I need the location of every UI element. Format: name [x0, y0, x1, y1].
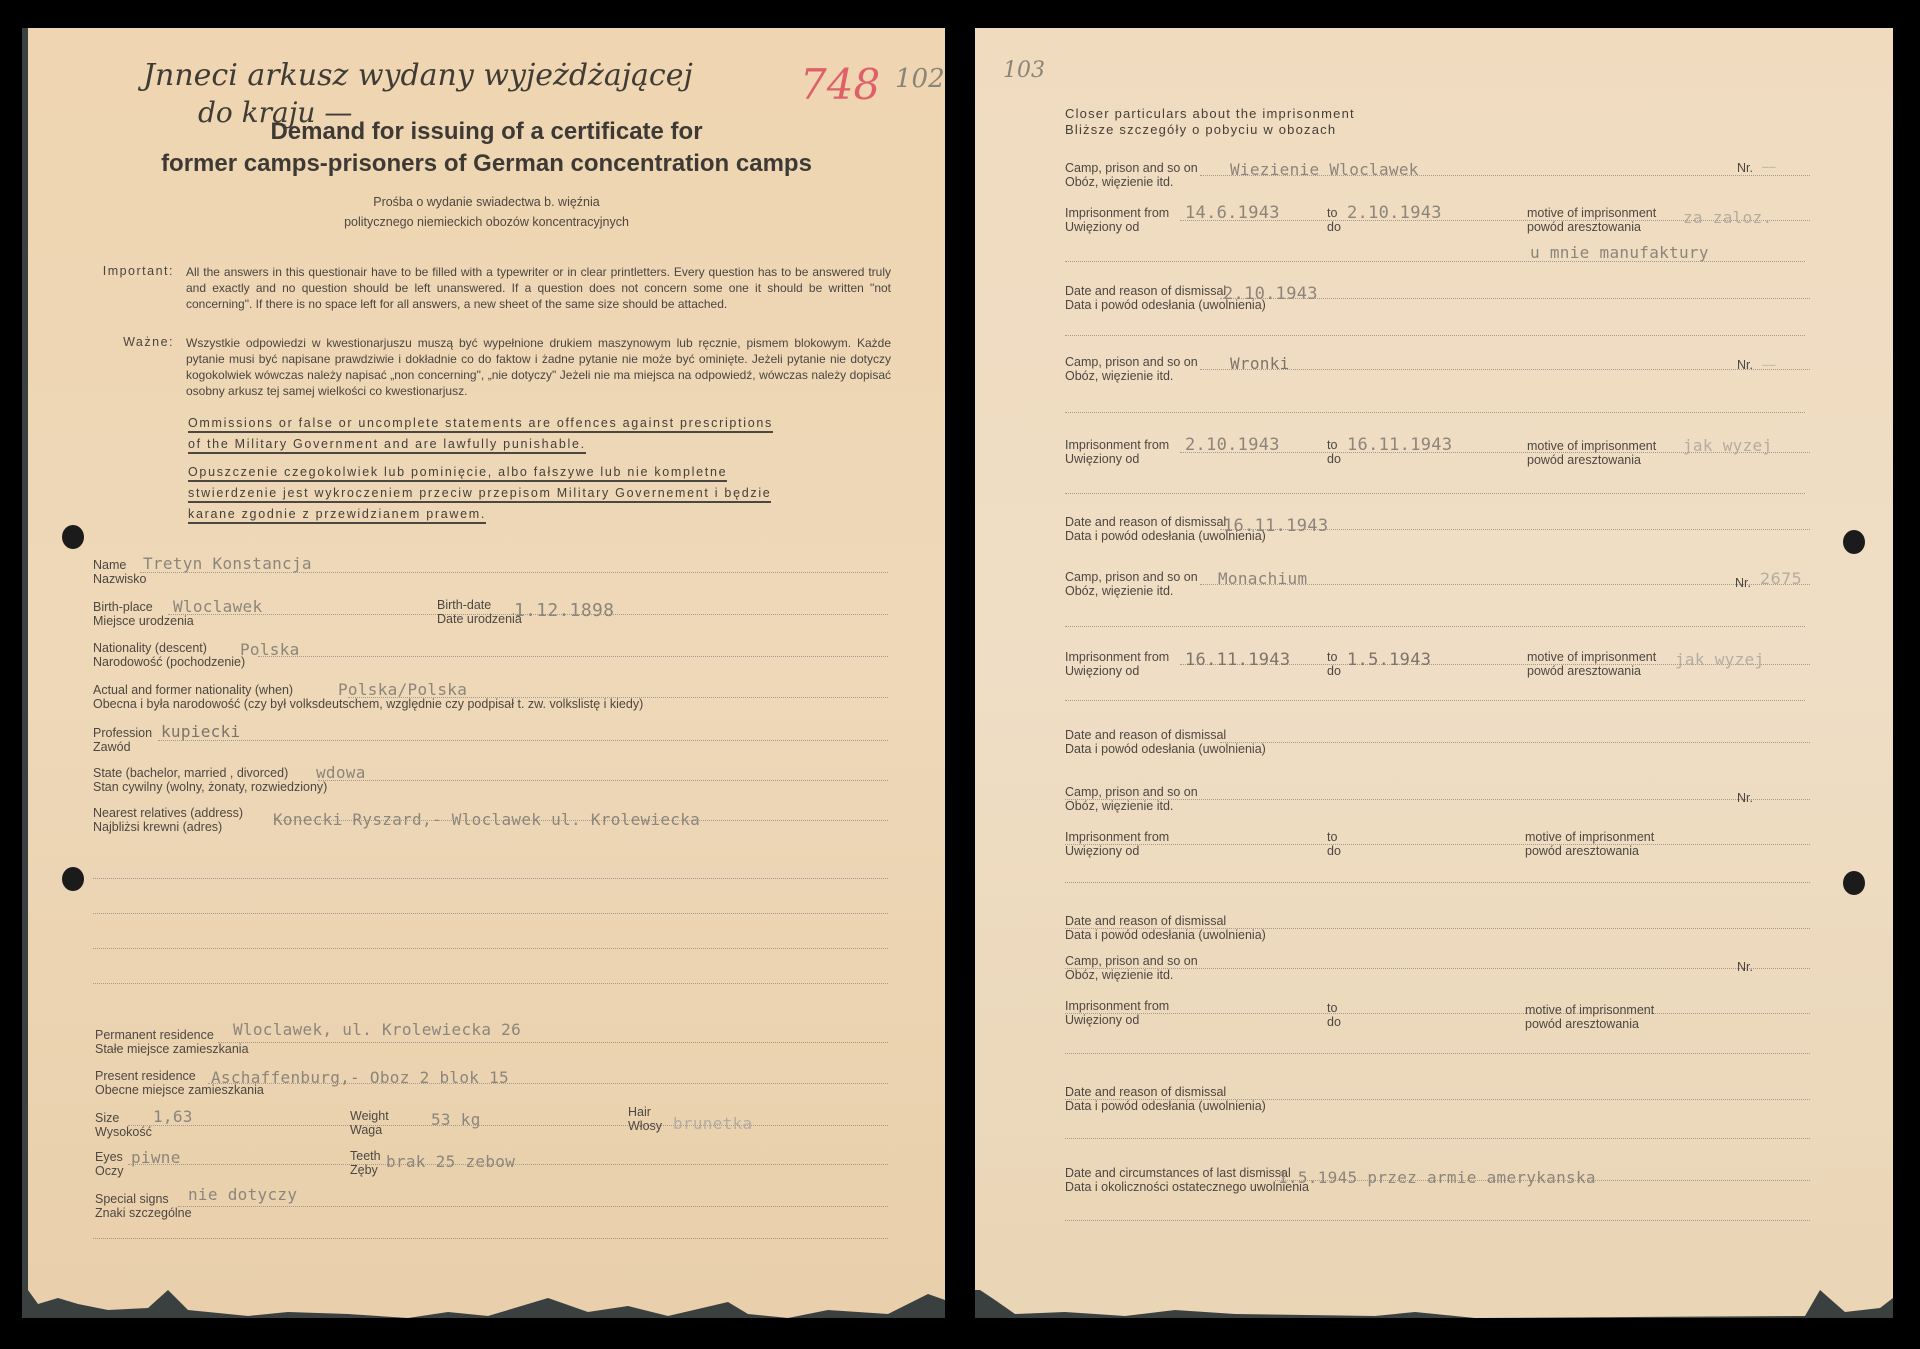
size-value[interactable]: 1,63 [153, 1107, 193, 1126]
entry-4-blank-line [1065, 882, 1810, 883]
nr-2-label: Nr. [1737, 358, 1753, 372]
to-3-label: to do [1327, 650, 1341, 678]
form-subtitle-line2: politycznego niemieckich obozów koncentr… [28, 215, 945, 229]
to-1-label: to do [1327, 206, 1341, 234]
warning-pl-line1: Opuszczenie czegokolwiek lub pominięcie,… [188, 465, 727, 482]
dismissal-5-blank-line [1065, 1138, 1810, 1139]
entry-2-blank-line [1065, 412, 1805, 413]
camp-3-value[interactable]: Monachium [1218, 569, 1307, 588]
nr-1-value[interactable]: —— [1762, 160, 1776, 173]
nationality-label: Nationality (descent) Narodowość (pochod… [93, 641, 245, 669]
wazne-label: Ważne: [94, 335, 174, 349]
weight-label: Weight Waga [350, 1109, 389, 1137]
teeth-value[interactable]: brak 25 zebow [386, 1152, 515, 1171]
dismissal-2-value[interactable]: 16.11.1943 [1223, 516, 1328, 536]
to-1-value[interactable]: 2.10.1943 [1347, 203, 1442, 223]
to-2-label: to do [1327, 438, 1341, 466]
camp-2-label: Camp, prison and so on Obóz, więzienie i… [1065, 355, 1198, 383]
dismissal-1-blank-line [1065, 335, 1805, 336]
camp-1-label: Camp, prison and so on Obóz, więzienie i… [1065, 161, 1198, 189]
birth-date-label: Birth-date Date urodzenia [437, 598, 522, 626]
nearest-relatives-value[interactable]: Konecki Ryszard,- Wloclawek ul. Krolewie… [273, 810, 700, 829]
camp-2-dotted-line [1200, 369, 1810, 370]
nearest-relatives-label: Nearest relatives (address) Najbliżsi kr… [93, 806, 243, 834]
left-page-document: Jnneci arkusz wydany wyjeżdżającej do kr… [28, 28, 945, 1318]
from-3-value[interactable]: 16.11.1943 [1185, 650, 1290, 670]
name-value[interactable]: Tretyn Konstancja [143, 554, 312, 573]
motive-1-value[interactable]: za zaloz. [1683, 208, 1772, 227]
permanent-residence-dotted-line [218, 1042, 888, 1043]
eyes-value[interactable]: piwne [131, 1148, 181, 1167]
nationality-value[interactable]: Polska [240, 640, 300, 659]
from-3-label: Imprisonment from Uwięziony od [1065, 650, 1169, 678]
birth-place-value[interactable]: Wloclawek [173, 597, 262, 616]
special-signs-dotted-line [178, 1206, 888, 1207]
from-4-dotted-line [1065, 844, 1810, 845]
nr-3-value[interactable]: 2675 [1760, 569, 1802, 588]
name-field-label: Name Nazwisko [93, 558, 147, 586]
important-label: Important: [94, 264, 174, 278]
to-3-value[interactable]: 1.5.1943 [1347, 650, 1431, 670]
torn-edge-left [28, 1290, 945, 1318]
warning-en-line2: of the Military Government and are lawfu… [188, 437, 586, 454]
form-title-line2: former camps-prisoners of German concent… [28, 150, 945, 178]
handwritten-note-line1: Jnneci arkusz wydany wyjeżdżającej [143, 58, 693, 93]
motive-2-label: motive of imprisonment powód aresztowani… [1527, 439, 1656, 467]
dismissal-4-dotted-line [1065, 928, 1810, 929]
warning-polish: Opuszczenie czegokolwiek lub pominięcie,… [188, 462, 888, 525]
special-signs-value[interactable]: nie dotyczy [188, 1185, 297, 1204]
nr-2-value[interactable]: —— [1762, 358, 1776, 371]
page-number: 102 [895, 64, 945, 94]
nr-5-label: Nr. [1737, 960, 1753, 974]
entry-3-blank-line [1065, 626, 1805, 627]
form-title-line1: Demand for issuing of a certificate for [28, 118, 945, 146]
motive-2-value[interactable]: jak wyzej [1683, 436, 1772, 455]
camp-2-value[interactable]: Wronki [1230, 354, 1290, 373]
to-5-label: to do [1327, 1001, 1341, 1029]
actual-former-nationality-value[interactable]: Polska/Polska [338, 680, 467, 699]
weight-value[interactable]: 53 kg [431, 1110, 481, 1129]
torn-edge-right [975, 1290, 1893, 1318]
hair-value[interactable]: brunetka [673, 1114, 752, 1133]
camp-4-dotted-line [1065, 799, 1810, 800]
nr-4-label: Nr. [1737, 791, 1753, 805]
blank-dotted-line-4 [93, 983, 888, 984]
nr-1-label: Nr. [1737, 161, 1753, 175]
camp-1-value[interactable]: Wiezienie Wloclawek [1230, 160, 1419, 179]
punch-hole-top [62, 525, 84, 549]
eyes-label: Eyes Oczy [95, 1150, 123, 1178]
profession-value[interactable]: kupiecki [161, 722, 240, 741]
warning-pl-line3: karane zgodnie z przewidzianem prawem. [188, 507, 486, 524]
nationality-dotted-line [258, 656, 888, 657]
to-2-value[interactable]: 16.11.1943 [1347, 435, 1452, 455]
dismissal-1-value[interactable]: 2.10.1943 [1223, 284, 1318, 304]
punch-hole-bottom [1843, 871, 1865, 895]
entry-2-blank-line-2 [1065, 493, 1805, 494]
hair-label: Hair Włosy [628, 1105, 662, 1133]
warning-pl-line2: stwierdzenie jest wykroczeniem przeciw p… [188, 486, 771, 503]
motive-1-label: motive of imprisonment powód aresztowani… [1527, 206, 1656, 234]
profession-label: Profession Zawód [93, 726, 152, 754]
entry-5-blank-line [1065, 1053, 1810, 1054]
to-4-label: to do [1327, 830, 1341, 858]
camp-3-label: Camp, prison and so on Obóz, więzienie i… [1065, 570, 1198, 598]
blank-dotted-line-1 [93, 878, 888, 879]
from-1-value[interactable]: 14.6.1943 [1185, 203, 1280, 223]
blank-dotted-line-3 [93, 948, 888, 949]
state-dotted-line [318, 780, 888, 781]
last-dismissal-value[interactable]: 1.5.1945 przez armie amerykanska [1278, 1168, 1596, 1187]
entry-1-blank-line [1065, 261, 1805, 262]
punch-hole-bottom [62, 867, 84, 891]
from-1-label: Imprisonment from Uwięziony od [1065, 206, 1169, 234]
blank-dotted-line-2 [93, 913, 888, 914]
from-2-value[interactable]: 2.10.1943 [1185, 435, 1280, 455]
size-dotted-line [128, 1125, 888, 1126]
warning-english: Ommissions or false or uncomplete statem… [188, 413, 888, 455]
section-heading-en: Closer particulars about the imprisonmen… [1065, 106, 1355, 122]
right-page-document: 103 Closer particulars about the impriso… [975, 28, 1893, 1318]
motive-3-label: motive of imprisonment powód aresztowani… [1527, 650, 1656, 678]
birth-date-value[interactable]: 1.12.1898 [514, 600, 614, 621]
marital-state-label: State (bachelor, married , divorced) Sta… [93, 766, 327, 794]
camp-5-dotted-line [1065, 968, 1810, 969]
warning-en-line1: Ommissions or false or uncomplete statem… [188, 416, 773, 433]
red-archive-number: 748 [800, 60, 880, 109]
form-subtitle-line1: Prośba o wydanie swiadectwa b. więźnia [28, 195, 945, 209]
teeth-label: Teeth Zęby [350, 1149, 381, 1177]
nr-3-label: Nr. [1735, 576, 1751, 590]
from-5-dotted-line [1065, 1013, 1810, 1014]
permanent-residence-value[interactable]: Wloclawek, ul. Krolewiecka 26 [233, 1020, 521, 1039]
dismissal-3-dotted-line [1220, 742, 1810, 743]
wazne-instructions: Wszystkie odpowiedzi w kwestionarjuszu m… [186, 335, 891, 399]
entry-3-blank-line-2 [1065, 700, 1805, 701]
motive-5-label: motive of imprisonment powód aresztowani… [1525, 1003, 1654, 1031]
page-number: 103 [1003, 58, 1045, 83]
last-dismissal-label: Date and circumstances of last dismissal… [1065, 1166, 1309, 1194]
marital-state-value[interactable]: wdowa [316, 763, 366, 782]
profession-dotted-line [158, 740, 888, 741]
last-dismissal-blank-line [1065, 1220, 1810, 1221]
motive-4-label: motive of imprisonment powód aresztowani… [1525, 830, 1654, 858]
from-2-label: Imprisonment from Uwięziony od [1065, 438, 1169, 466]
motive-3-value[interactable]: jak wyzej [1675, 650, 1764, 669]
dismissal-5-dotted-line [1065, 1099, 1810, 1100]
present-residence-value[interactable]: Aschaffenburg,- Oboz 2 blok 15 [211, 1068, 509, 1087]
section-heading-pl: Bliższe szczegóły o pobyciu w obozach [1065, 122, 1336, 138]
blank-dotted-line-5 [93, 1238, 888, 1239]
punch-hole-top [1843, 530, 1865, 554]
motive-1-value-line2[interactable]: u mnie manufaktury [1530, 243, 1709, 262]
important-instructions: All the answers in this questionair have… [186, 264, 891, 312]
